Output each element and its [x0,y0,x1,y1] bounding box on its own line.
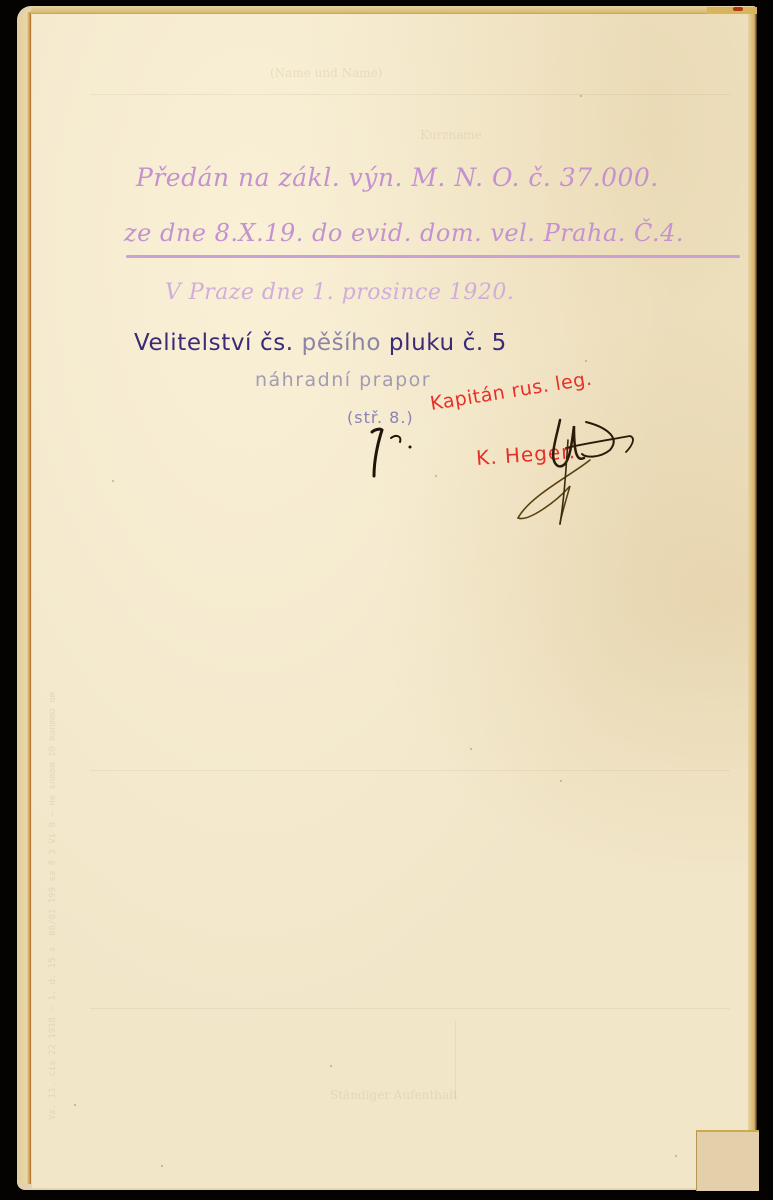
card-top-edge [30,6,710,14]
card-left-edge [17,12,31,1184]
show-through-header: (Name und Name) [270,66,382,80]
show-through-rule [90,1008,730,1009]
unit-stamp-title-faint: pěšího [294,330,381,356]
paper-speck [435,475,437,477]
show-through-rule [90,770,730,771]
show-through-subheader: Kurzname [420,128,482,142]
bottom-right-corner-patch [696,1130,759,1191]
paper-speck [675,1155,677,1157]
paper-speck [585,360,587,362]
show-through-rule [90,94,730,95]
unit-stamp-title-end: pluku č. 5 [381,330,507,356]
paper-speck [470,748,472,750]
paper-speck [330,1065,332,1067]
handwritten-transfer-note-line1: Předán na zákl. výn. M. N. O. č. 37.000. [136,163,659,192]
handwritten-transfer-note-line2: ze dne 8.X.19. do evid. dom. vel. Praha.… [124,219,684,247]
handwritten-underline [126,255,740,258]
show-through-footer-label: Ständiger Aufenthalt [330,1088,458,1102]
paper-speck [74,1104,76,1106]
paper-speck [560,780,562,782]
unit-stamp-battalion: náhradní prapor [255,369,431,391]
unit-stamp-title: Velitelství čs. pěšího pluku č. 5 [134,330,507,356]
stain-mark [733,7,743,11]
show-through-margin-text: Vs. 11. cis 22 1918 — 1. d. 15 s. 66/61 … [48,60,62,1120]
unit-stamp-title-dark: Velitelství čs. [134,330,294,356]
handwritten-place-date: V Praze dne 1. prosince 1920. [165,280,514,305]
paper-speck [161,1165,163,1167]
paper-right-edge [748,14,757,1188]
paper-speck [580,95,582,97]
paper-speck [112,480,114,482]
handwritten-signature [360,400,650,530]
